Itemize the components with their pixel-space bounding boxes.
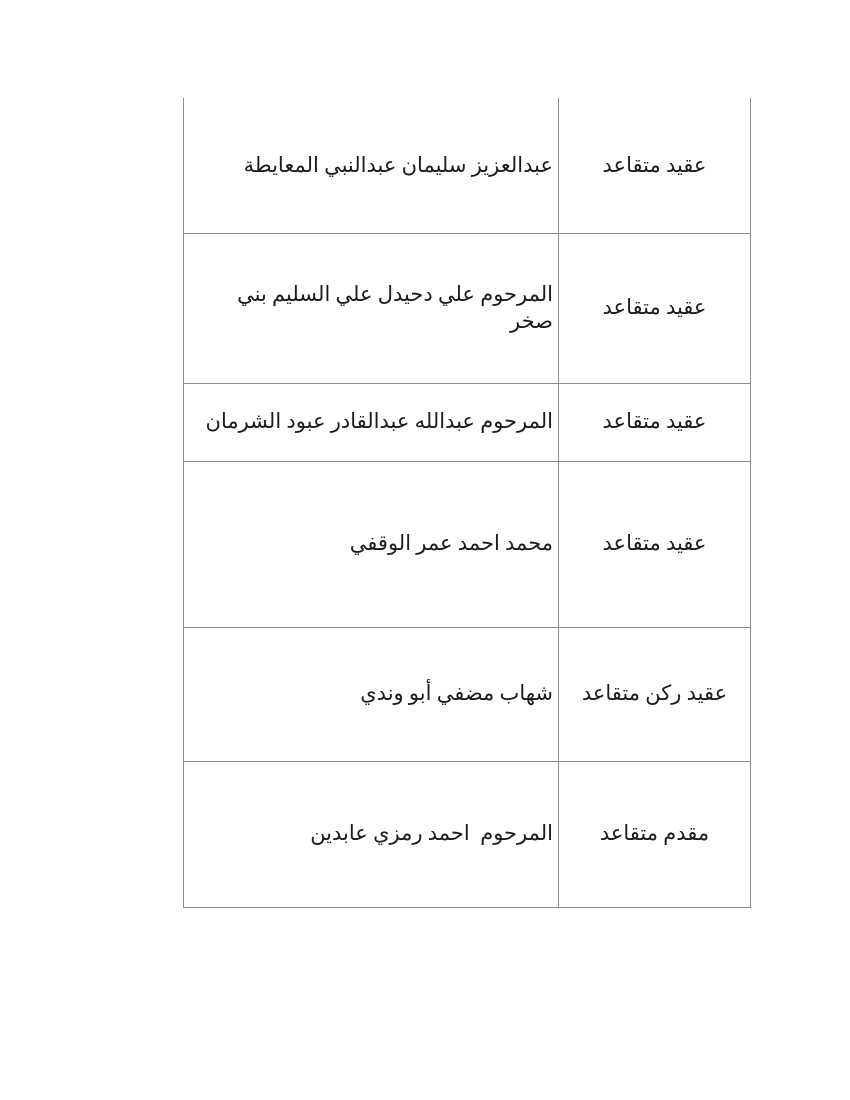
table-row: شهاب مضفي أبو وندي عقيد ركن متقاعد xyxy=(184,627,751,761)
officer-name: المرحوم علي دحيدل علي السليم بني صخر xyxy=(184,233,559,383)
officer-name: شهاب مضفي أبو وندي xyxy=(184,627,559,761)
document-page: عبدالعزيز سليمان عبدالنبي المعايطة عقيد … xyxy=(0,0,850,1100)
officer-name: المرحوم احمد رمزي عابدين xyxy=(184,761,559,907)
officer-rank: عقيد متقاعد xyxy=(559,461,751,627)
table-row: محمد احمد عمر الوقفي عقيد متقاعد xyxy=(184,461,751,627)
officer-rank: عقيد متقاعد xyxy=(559,233,751,383)
table-row: عبدالعزيز سليمان عبدالنبي المعايطة عقيد … xyxy=(184,98,751,233)
officer-rank: مقدم متقاعد xyxy=(559,761,751,907)
officer-name: المرحوم عبدالله عبدالقادر عبود الشرمان xyxy=(184,383,559,461)
table-row: المرحوم احمد رمزي عابدين مقدم متقاعد xyxy=(184,761,751,907)
officer-rank: عقيد ركن متقاعد xyxy=(559,627,751,761)
officer-name: عبدالعزيز سليمان عبدالنبي المعايطة xyxy=(184,98,559,233)
officer-name: محمد احمد عمر الوقفي xyxy=(184,461,559,627)
table-row: المرحوم عبدالله عبدالقادر عبود الشرمان ع… xyxy=(184,383,751,461)
officer-rank: عقيد متقاعد xyxy=(559,98,751,233)
table-row: المرحوم علي دحيدل علي السليم بني صخر عقي… xyxy=(184,233,751,383)
officer-rank: عقيد متقاعد xyxy=(559,383,751,461)
officers-table: عبدالعزيز سليمان عبدالنبي المعايطة عقيد … xyxy=(183,98,751,908)
